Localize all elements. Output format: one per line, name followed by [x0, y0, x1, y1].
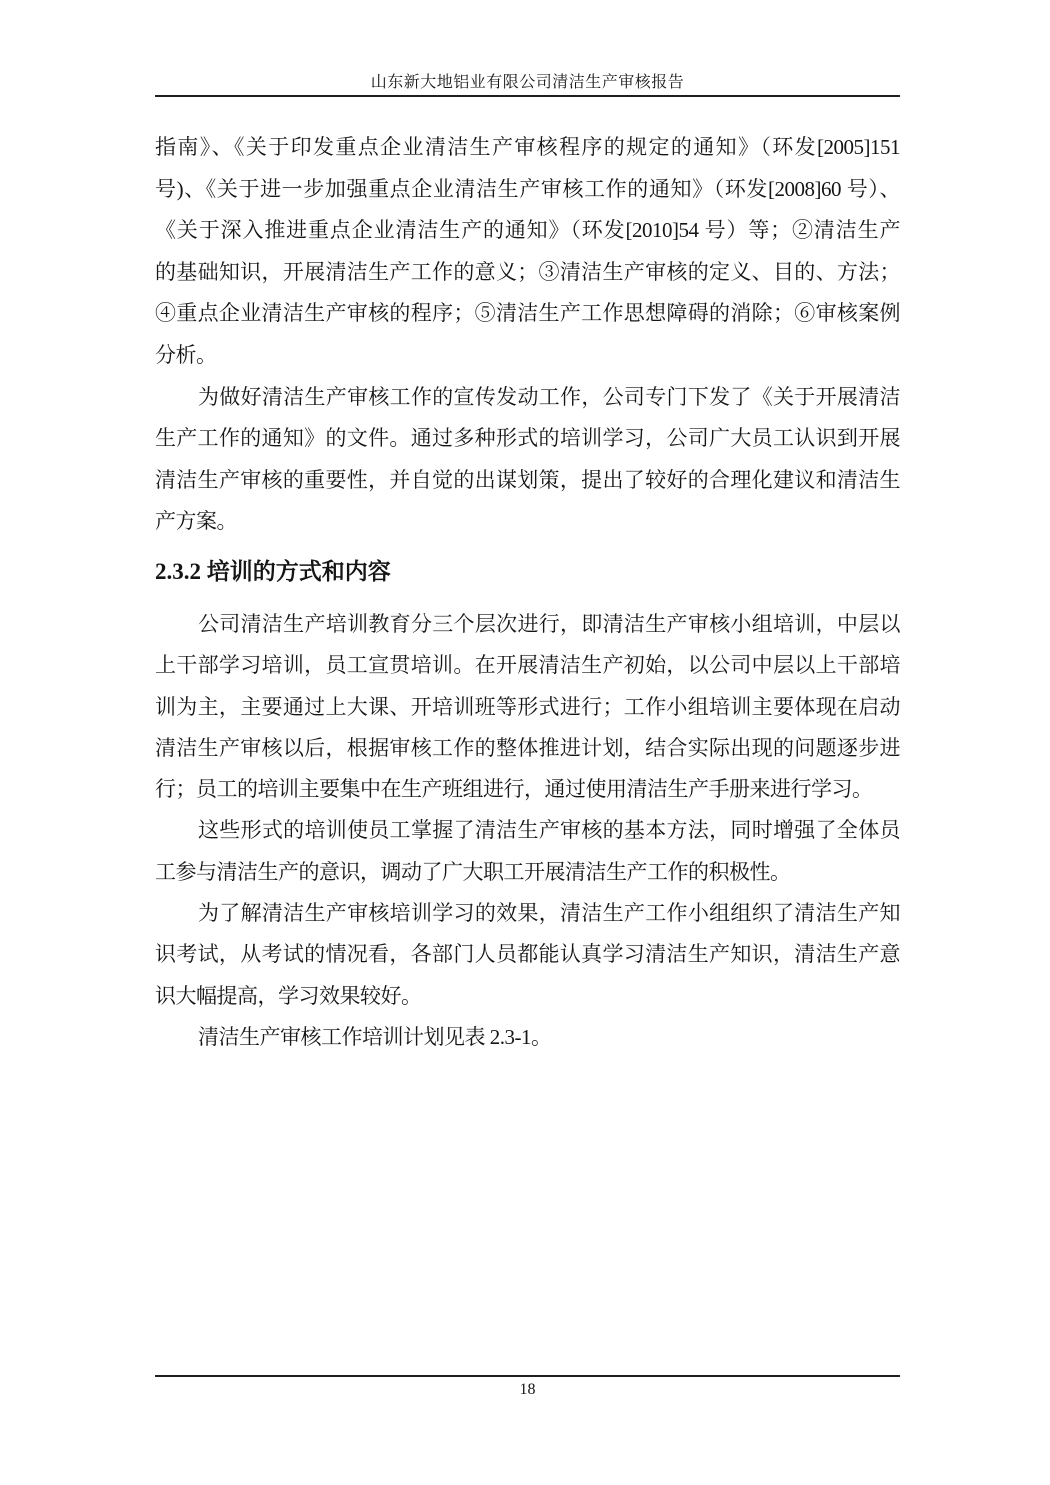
- text-line: 的基础知识，开展清洁生产工作的意义；③清洁生产审核的定义、目的、方法；: [155, 252, 900, 294]
- text-line: 这些形式的培训使员工掌握了清洁生产审核的基本方法，同时增强了全体员: [155, 810, 900, 851]
- header-rule: [155, 95, 900, 97]
- text-line: 产方案。: [155, 501, 900, 543]
- paragraph-3: 公司清洁生产培训教育分三个层次进行，即清洁生产审核小组培训，中层以 上干部学习培…: [155, 604, 900, 810]
- document-page: 山东新大地铝业有限公司清洁生产审核报告 指南》、《关于印发重点企业清洁生产审核程…: [0, 0, 1050, 1485]
- text-line: 行；员工的培训主要集中在生产班组进行，通过使用清洁生产手册来进行学习。: [155, 769, 900, 810]
- paragraph-6: 清洁生产审核工作培训计划见表 2.3-1。: [155, 1017, 900, 1058]
- text-line: 为了解清洁生产审核培训学习的效果，清洁生产工作小组组织了清洁生产知: [155, 893, 900, 934]
- text-line: 清洁生产审核工作培训计划见表 2.3-1。: [155, 1017, 900, 1058]
- body-block-lower: 公司清洁生产培训教育分三个层次进行，即清洁生产审核小组培训，中层以 上干部学习培…: [155, 604, 900, 1058]
- text-line: 为做好清洁生产审核工作的宣传发动工作，公司专门下发了《关于开展清洁: [155, 377, 900, 419]
- body-block-upper: 指南》、《关于印发重点企业清洁生产审核程序的规定的通知》（环发[2005]151…: [155, 127, 900, 543]
- section-heading-2-3-2: 2.3.2 培训的方式和内容: [155, 552, 900, 592]
- paragraph-4: 这些形式的培训使员工掌握了清洁生产审核的基本方法，同时增强了全体员 工参与清洁生…: [155, 810, 900, 893]
- footer-rule: [155, 1375, 900, 1377]
- text-line: 《关于深入推进重点企业清洁生产的通知》（环发[2010]54 号）等；②清洁生产: [155, 210, 900, 252]
- paragraph-2: 为做好清洁生产审核工作的宣传发动工作，公司专门下发了《关于开展清洁 生产工作的通…: [155, 377, 900, 543]
- paragraph-1: 指南》、《关于印发重点企业清洁生产审核程序的规定的通知》（环发[2005]151…: [155, 127, 900, 377]
- text-line: 工参与清洁生产的意识，调动了广大职工开展清洁生产工作的积极性。: [155, 852, 900, 893]
- report-header-title: 山东新大地铝业有限公司清洁生产审核报告: [155, 71, 900, 95]
- text-line: 识考试，从考试的情况看，各部门人员都能认真学习清洁生产知识，清洁生产意: [155, 934, 900, 975]
- text-line: 生产工作的通知》的文件。通过多种形式的培训学习，公司广大员工认识到开展: [155, 418, 900, 460]
- text-line: 清洁生产审核以后，根据审核工作的整体推进计划，结合实际出现的问题逐步进: [155, 728, 900, 769]
- text-line: 识大幅提高，学习效果较好。: [155, 976, 900, 1017]
- text-line: ④重点企业清洁生产审核的程序；⑤清洁生产工作思想障碍的消除；⑥审核案例: [155, 293, 900, 335]
- text-line: 上干部学习培训，员工宣贯培训。在开展清洁生产初始，以公司中层以上干部培: [155, 645, 900, 686]
- paragraph-5: 为了解清洁生产审核培训学习的效果，清洁生产工作小组组织了清洁生产知 识考试，从考…: [155, 893, 900, 1017]
- text-line: 分析。: [155, 335, 900, 377]
- text-line: 指南》、《关于印发重点企业清洁生产审核程序的规定的通知》（环发[2005]151: [155, 127, 900, 169]
- text-line: 号)、《关于进一步加强重点企业清洁生产审核工作的通知》（环发[2008]60 号…: [155, 169, 900, 211]
- text-line: 训为主，主要通过上大课、开培训班等形式进行；工作小组培训主要体现在启动: [155, 687, 900, 728]
- page-number: 18: [155, 1378, 900, 1402]
- text-line: 公司清洁生产培训教育分三个层次进行，即清洁生产审核小组培训，中层以: [155, 604, 900, 645]
- text-line: 清洁生产审核的重要性，并自觉的出谋划策，提出了较好的合理化建议和清洁生: [155, 460, 900, 502]
